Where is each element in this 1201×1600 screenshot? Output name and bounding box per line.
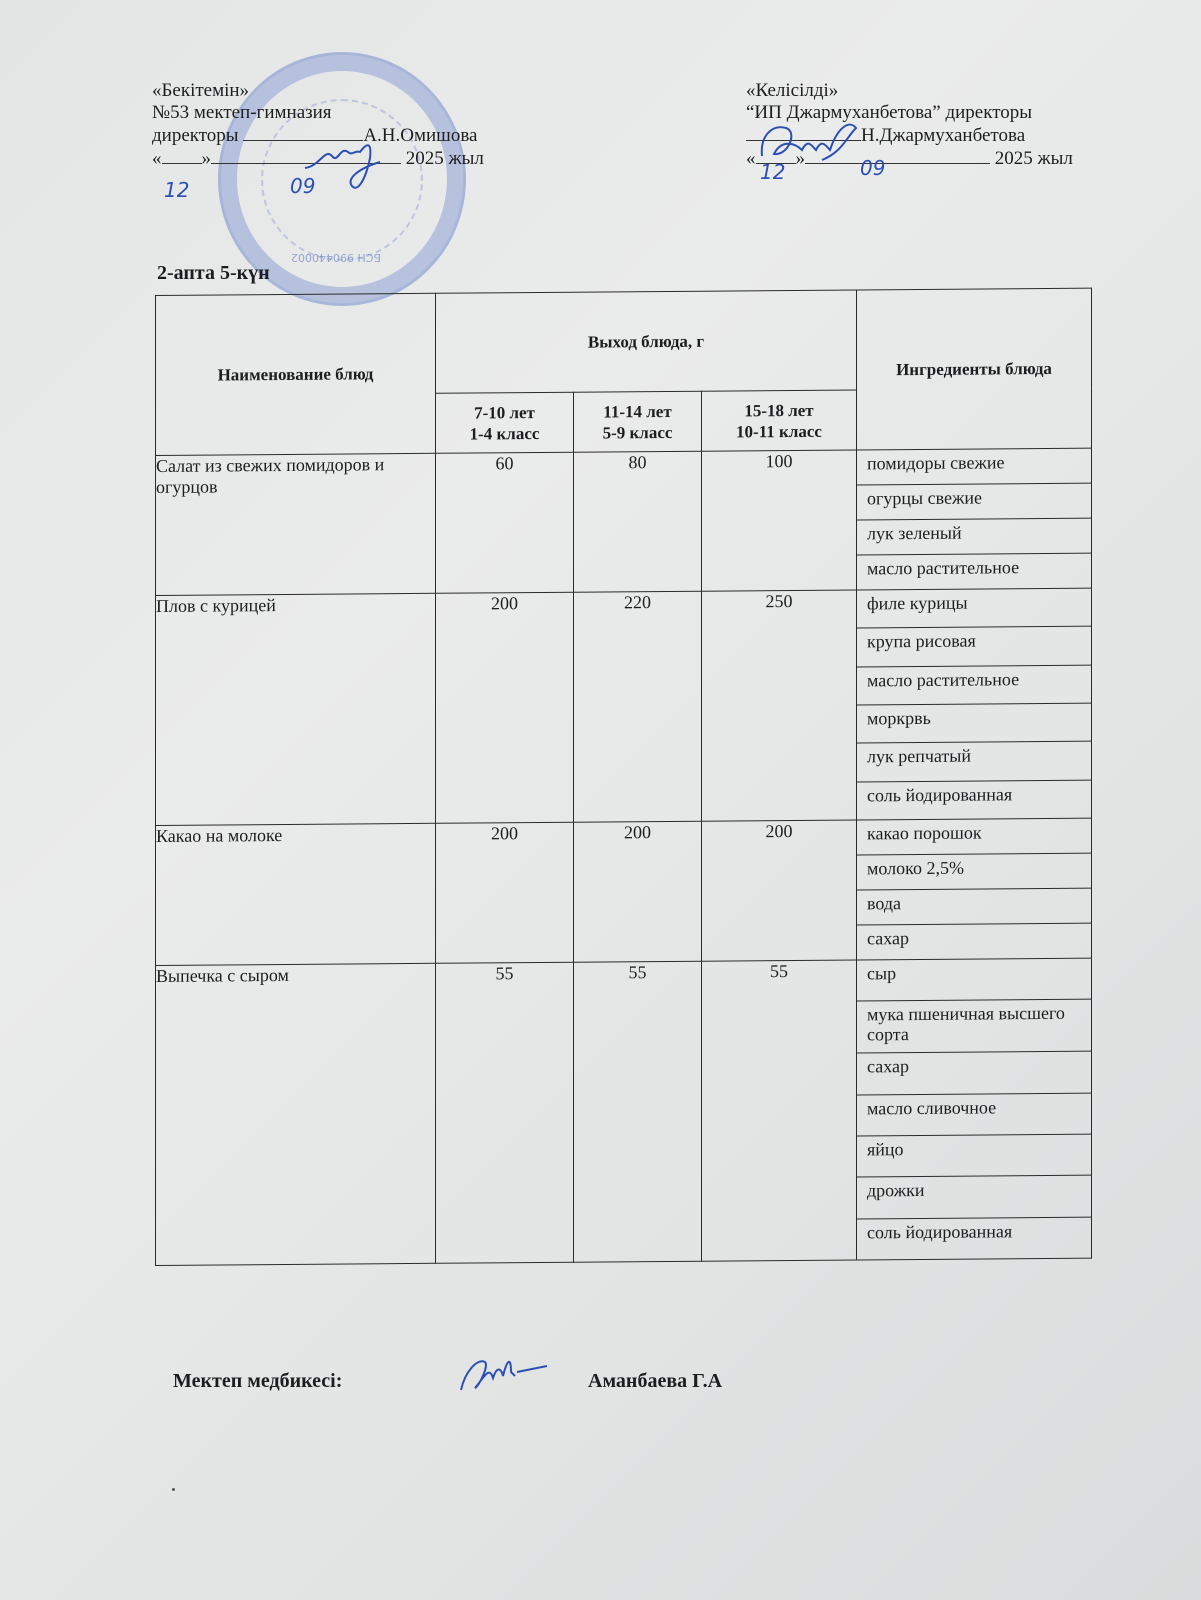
yield-value: 250 (702, 590, 857, 821)
yield-value: 80 (574, 451, 702, 592)
approval-role: директоры (152, 125, 239, 146)
day-blank (162, 147, 202, 164)
document-page: БСН 990440002 «Бекітемін» №53 мектеп-гим… (0, 0, 1201, 1600)
dish-name: Салат из свежих помидоров и огурцов (156, 453, 436, 595)
ingredient-item: какао порошок (857, 819, 1091, 856)
dish-name: Плов с курицей (156, 593, 436, 825)
age-label: 11-14 лет (574, 400, 701, 422)
paper-speck (172, 1488, 175, 1491)
approval-org: №53 мектеп-гимназия (152, 102, 572, 124)
ingredient-list: сырмука пшеничная высшего сортасахармасл… (857, 959, 1091, 1260)
ingredients-cell: какао порошокмолоко 2,5%водасахар (857, 818, 1092, 960)
ingredient-item: крупа рисовая (857, 627, 1091, 667)
header-age-group: 11-14 лет5-9 класс (574, 391, 702, 452)
handwritten-day: 12 (164, 178, 189, 202)
yield-value: 55 (436, 962, 574, 1263)
agreement-signature-icon (752, 116, 872, 172)
yield-value: 200 (436, 592, 574, 823)
agreed-heading: «Келісілді» (746, 80, 1146, 102)
menu-table-body: Салат из свежих помидоров и огурцов60801… (156, 448, 1092, 1265)
ingredient-item: молоко 2,5% (857, 854, 1091, 891)
ingredient-item: сыр (857, 959, 1091, 1002)
approval-heading: «Бекітемін» (152, 80, 572, 102)
header-yield: Выход блюда, г (436, 290, 857, 393)
ingredient-item: соль йодированная (857, 1217, 1091, 1259)
header-age-group: 7-10 лет1-4 класс (436, 392, 574, 453)
header-ingredients: Ингредиенты блюда (857, 288, 1092, 450)
ingredient-item: лук репчатый (857, 742, 1091, 782)
grade-label: 5-9 класс (574, 421, 701, 443)
table-row: Какао на молоке200200200какао порошокмол… (156, 818, 1092, 965)
ingredient-item: масло сливочное (857, 1093, 1091, 1136)
yield-value: 220 (574, 591, 702, 822)
grade-label: 1-4 класс (436, 422, 573, 444)
age-label: 15-18 лет (702, 399, 856, 421)
yield-value: 55 (574, 961, 702, 1262)
nurse-label: Мектеп медбикесі: (173, 1370, 342, 1393)
ingredients-cell: филе курицыкрупа рисоваямасло растительн… (857, 588, 1092, 820)
ingredient-item: моркрвь (857, 704, 1091, 744)
ingredient-item: помидоры свежие (857, 449, 1091, 486)
yield-value: 200 (574, 821, 702, 962)
yield-value: 60 (436, 452, 574, 593)
stamp-text: БСН 990440002 (291, 251, 381, 264)
ingredient-item: вода (857, 889, 1091, 926)
yield-value: 55 (702, 960, 857, 1261)
agreed-name: Н.Джармуханбетова (861, 125, 1025, 146)
menu-table: Наименование блюд Выход блюда, г Ингреди… (155, 288, 1092, 1266)
yield-value: 200 (436, 822, 574, 963)
yield-value: 200 (702, 820, 857, 961)
ingredient-list: филе курицыкрупа рисоваямасло растительн… (857, 589, 1091, 820)
table-row: Выпечка с сыром555555сырмука пшеничная в… (156, 958, 1092, 1265)
ingredient-item: масло растительное (857, 665, 1091, 705)
header-dish-name: Наименование блюд (156, 293, 436, 455)
table-row: Салат из свежих помидоров и огурцов60801… (156, 448, 1092, 595)
ingredient-item: яйцо (857, 1135, 1091, 1178)
ingredients-cell: сырмука пшеничная высшего сортасахармасл… (857, 958, 1092, 1260)
ingredient-item: лук зеленый (857, 519, 1091, 556)
age-label: 7-10 лет (436, 401, 573, 423)
yield-value: 100 (702, 450, 857, 591)
ingredient-item: соль йодированная (857, 780, 1091, 819)
ingredient-item: сахар (857, 1052, 1091, 1095)
ingredient-item: огурцы свежие (857, 484, 1091, 521)
director-signature-icon (300, 138, 390, 198)
table-row: Плов с курицей200220250филе курицыкрупа … (156, 588, 1092, 825)
day-title: 2-апта 5-күн (157, 262, 270, 285)
dish-name: Какао на молоке (156, 823, 436, 965)
ingredient-item: дрожки (857, 1176, 1091, 1219)
header-age-group: 15-18 лет10-11 класс (702, 390, 857, 451)
ingredient-item: масло растительное (857, 554, 1091, 590)
agreed-year: 2025 жыл (995, 148, 1073, 169)
nurse-signature-icon (455, 1352, 555, 1396)
ingredient-item: мука пшеничная высшего сорта (857, 1000, 1091, 1054)
ingredient-item: сахар (857, 924, 1091, 960)
ingredient-list: помидоры свежиеогурцы свежиелук зеленыйм… (857, 449, 1091, 590)
ingredients-cell: помидоры свежиеогурцы свежиелук зеленыйм… (857, 448, 1092, 590)
ingredient-list: какао порошокмолоко 2,5%водасахар (857, 819, 1091, 960)
nurse-name: Аманбаева Г.А (588, 1370, 722, 1393)
dish-name: Выпечка с сыром (156, 963, 436, 1265)
ingredient-item: филе курицы (857, 589, 1091, 629)
grade-label: 10-11 класс (702, 420, 856, 442)
approval-year: 2025 жыл (406, 148, 484, 169)
